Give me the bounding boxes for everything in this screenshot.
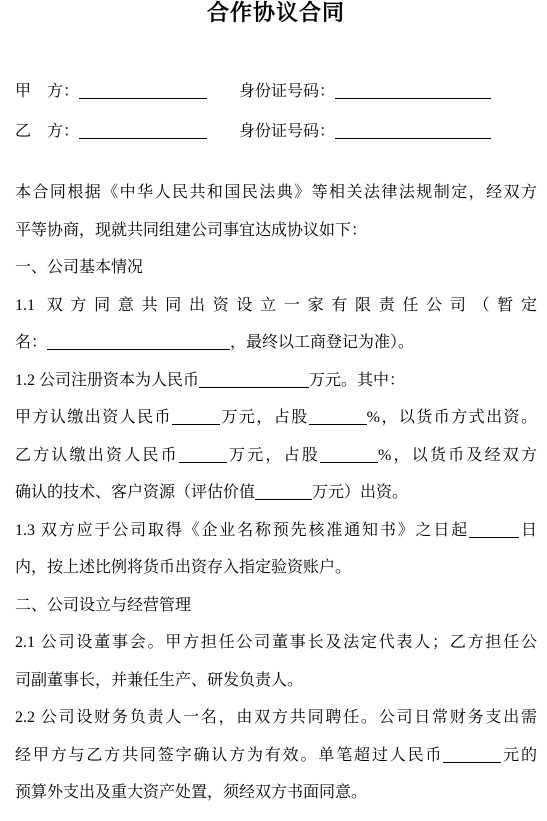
text-run: 内，按上述比例将货币出资存入指定验资账户。 bbox=[15, 559, 351, 576]
party-b-id-label: 身份证号码： bbox=[239, 123, 335, 140]
party-b-label: 乙 方： bbox=[15, 123, 79, 140]
blank-field bbox=[443, 748, 501, 763]
body-line: 内，按上述比例将货币出资存入指定验资账户。 bbox=[15, 549, 537, 587]
text-run: 日 bbox=[519, 522, 537, 539]
blank-field bbox=[469, 523, 519, 538]
body-line: 预算外支出及重大资产处置，须经双方书面同意。 bbox=[15, 774, 537, 812]
body-line: 确认的技术、客户资源（评估价值万元）出资。 bbox=[15, 474, 537, 512]
text-run: 经甲方与乙方共同签字确认方为有效。单笔超过人民币 bbox=[15, 747, 443, 764]
text-run: 司副董事长，并兼任生产、研发负责人。 bbox=[15, 672, 303, 689]
blank-field bbox=[309, 410, 367, 425]
body-line: 二、公司设立与经营管理 bbox=[15, 587, 537, 625]
text-run: 乙方认缴出资人民币 bbox=[15, 447, 179, 464]
body-line: 2.2 公司设财务负责人一名，由双方共同聘任。公司日常财务支出需 bbox=[15, 699, 537, 737]
contract-document-page: 合作协议合同 甲 方：身份证号码： 乙 方：身份证号码： 本合同根据《中华人民共… bbox=[0, 0, 547, 821]
text-run: 万元，占股 bbox=[220, 409, 309, 426]
text-run: 本合同根据《中华人民共和国民法典》等相关法律法规制定，经双方 bbox=[15, 184, 537, 201]
text-run: 1.2 公司注册资本为人民币 bbox=[15, 372, 199, 389]
party-a-label: 甲 方： bbox=[15, 83, 79, 100]
blank-field bbox=[255, 485, 312, 500]
blank-field bbox=[179, 448, 227, 463]
party-a-id-blank bbox=[335, 84, 491, 99]
body-line: 平等协商，现就共同组建公司事宜达成协议如下： bbox=[15, 212, 537, 250]
blank-field bbox=[320, 448, 378, 463]
body-line: 经甲方与乙方共同签字确认方为有效。单笔超过人民币元的 bbox=[15, 737, 537, 775]
text-run: 元的 bbox=[501, 747, 537, 764]
blank-field bbox=[172, 410, 220, 425]
text-run: 万元。其中： bbox=[309, 372, 405, 389]
text-run: 万元）出资。 bbox=[312, 484, 408, 501]
text-run: 平等协商，现就共同组建公司事宜达成协议如下： bbox=[15, 222, 367, 239]
document-body: 本合同根据《中华人民共和国民法典》等相关法律法规制定，经双方平等协商，现就共同组… bbox=[15, 174, 537, 812]
body-line: 司副董事长，并兼任生产、研发负责人。 bbox=[15, 662, 537, 700]
party-block: 甲 方：身份证号码： 乙 方：身份证号码： bbox=[15, 72, 537, 152]
blank-field bbox=[199, 373, 309, 388]
body-line: 1.3 双方应于公司取得《企业名称预先核准通知书》之日起日 bbox=[15, 512, 537, 550]
body-line: 名：，最终以工商登记为准）。 bbox=[15, 324, 537, 362]
body-line: 1.1 双方同意共同出资设立一家有限责任公司（暂定 bbox=[15, 287, 537, 325]
text-run: 1.1 双方同意共同出资设立一家有限责任公司（暂定 bbox=[15, 297, 537, 314]
text-run: 确认的技术、客户资源（评估价值 bbox=[15, 484, 255, 501]
body-line: 本合同根据《中华人民共和国民法典》等相关法律法规制定，经双方 bbox=[15, 174, 537, 212]
party-a-name-blank bbox=[79, 84, 207, 99]
document-title: 合作协议合同 bbox=[15, 0, 537, 26]
text-run: 2.2 公司设财务负责人一名，由双方共同聘任。公司日常财务支出需 bbox=[15, 709, 537, 726]
body-line: 2.1 公司设董事会。甲方担任公司董事长及法定代表人；乙方担任公 bbox=[15, 624, 537, 662]
text-run: 2.1 公司设董事会。甲方担任公司董事长及法定代表人；乙方担任公 bbox=[15, 634, 537, 651]
text-run: 万元，占股 bbox=[227, 447, 320, 464]
body-line: 乙方认缴出资人民币万元，占股%，以货币及经双方 bbox=[15, 437, 537, 475]
text-run: 一、公司基本情况 bbox=[15, 259, 143, 276]
party-a-id-label: 身份证号码： bbox=[239, 83, 335, 100]
text-run: %，以货币方式出资。 bbox=[367, 409, 537, 426]
body-line: 1.2 公司注册资本为人民币万元。其中： bbox=[15, 362, 537, 400]
party-row-b: 乙 方：身份证号码： bbox=[15, 112, 537, 152]
text-run: %，以货币及经双方 bbox=[378, 447, 537, 464]
text-run: 名： bbox=[15, 334, 47, 351]
text-run: 甲方认缴出资人民币 bbox=[15, 409, 172, 426]
text-run: 二、公司设立与经营管理 bbox=[15, 597, 191, 614]
body-line: 一、公司基本情况 bbox=[15, 249, 537, 287]
party-row-a: 甲 方：身份证号码： bbox=[15, 72, 537, 112]
party-b-id-blank bbox=[335, 124, 491, 139]
text-run: 预算外支出及重大资产处置，须经双方书面同意。 bbox=[15, 784, 367, 801]
party-b-name-blank bbox=[79, 124, 207, 139]
blank-field bbox=[47, 335, 230, 350]
text-run: 1.3 双方应于公司取得《企业名称预先核准通知书》之日起 bbox=[15, 522, 469, 539]
body-line: 甲方认缴出资人民币万元，占股%，以货币方式出资。 bbox=[15, 399, 537, 437]
text-run: ，最终以工商登记为准）。 bbox=[230, 334, 414, 351]
